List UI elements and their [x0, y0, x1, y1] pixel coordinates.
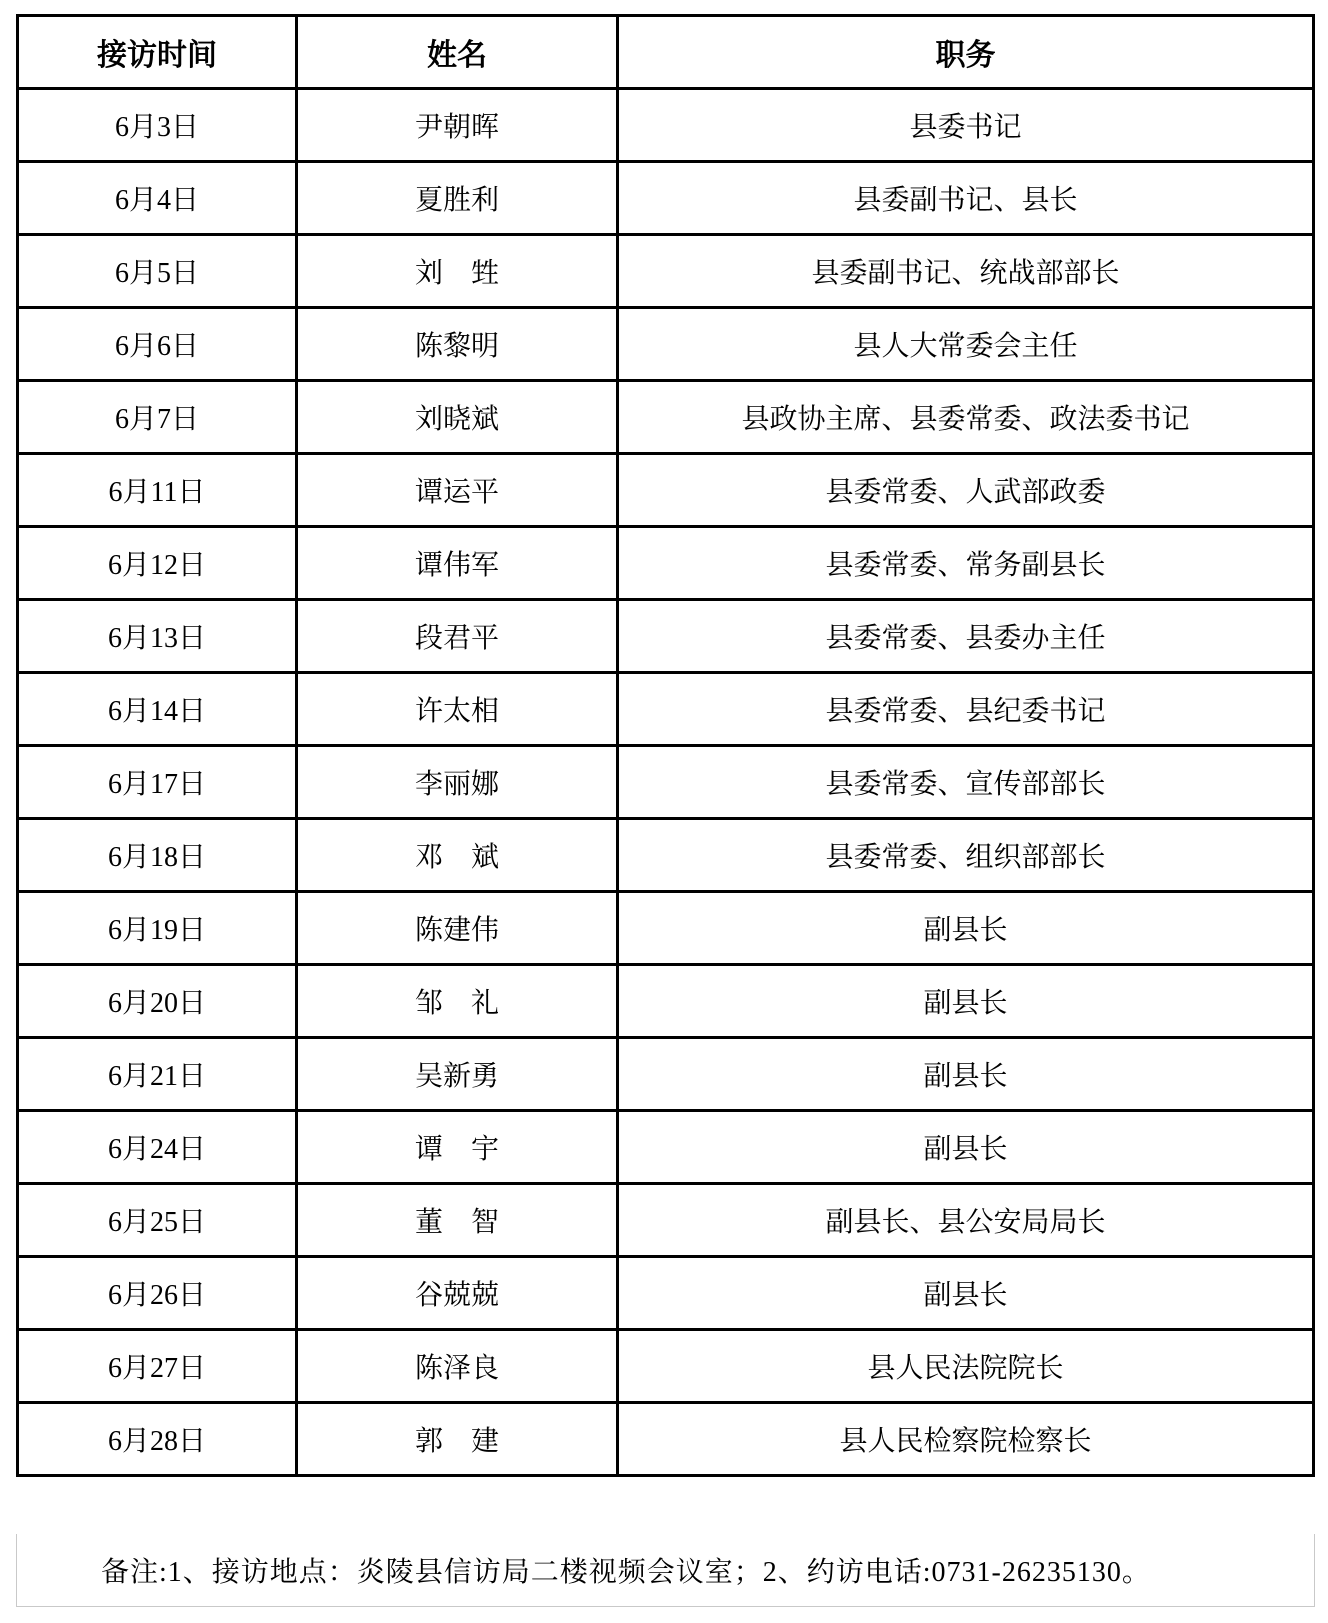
cell-reception-date: 6月18日	[18, 819, 297, 892]
cell-person-name: 郭 建	[297, 1403, 618, 1476]
cell-person-name: 许太相	[297, 673, 618, 746]
cell-person-name: 谭运平	[297, 454, 618, 527]
cell-person-name: 邓 斌	[297, 819, 618, 892]
table-row: 6月19日 陈建伟 副县长	[18, 892, 1314, 965]
table-row: 6月12日 谭伟军 县委常委、常务副县长	[18, 527, 1314, 600]
cell-reception-date: 6月14日	[18, 673, 297, 746]
cell-person-name: 谭 宇	[297, 1111, 618, 1184]
table-row: 6月25日 董 智 副县长、县公安局局长	[18, 1184, 1314, 1257]
table-row: 6月11日 谭运平 县委常委、人武部政委	[18, 454, 1314, 527]
column-header-name: 姓名	[297, 16, 618, 89]
table-row: 6月5日 刘 甡 县委副书记、统战部部长	[18, 235, 1314, 308]
cell-reception-date: 6月27日	[18, 1330, 297, 1403]
cell-position-title: 县政协主席、县委常委、政法委书记	[618, 381, 1314, 454]
table-row: 6月26日 谷兢兢 副县长	[18, 1257, 1314, 1330]
reception-schedule-page: 接访时间 姓名 职务 6月3日 尹朝晖 县委书记 6月4日 夏胜利 县委副书记、…	[0, 0, 1328, 1623]
cell-reception-date: 6月17日	[18, 746, 297, 819]
cell-reception-date: 6月7日	[18, 381, 297, 454]
table-row: 6月13日 段君平 县委常委、县委办主任	[18, 600, 1314, 673]
table-row: 6月3日 尹朝晖 县委书记	[18, 89, 1314, 162]
cell-reception-date: 6月4日	[18, 162, 297, 235]
cell-reception-date: 6月26日	[18, 1257, 297, 1330]
cell-reception-date: 6月3日	[18, 89, 297, 162]
cell-person-name: 陈黎明	[297, 308, 618, 381]
cell-position-title: 县委书记	[618, 89, 1314, 162]
cell-person-name: 陈泽良	[297, 1330, 618, 1403]
cell-position-title: 县委副书记、县长	[618, 162, 1314, 235]
table-row: 6月17日 李丽娜 县委常委、宣传部部长	[18, 746, 1314, 819]
table-row: 6月27日 陈泽良 县人民法院院长	[18, 1330, 1314, 1403]
reception-schedule-table: 接访时间 姓名 职务 6月3日 尹朝晖 县委书记 6月4日 夏胜利 县委副书记、…	[16, 14, 1315, 1477]
cell-person-name: 李丽娜	[297, 746, 618, 819]
cell-position-title: 县委常委、组织部部长	[618, 819, 1314, 892]
cell-reception-date: 6月28日	[18, 1403, 297, 1476]
cell-person-name: 谭伟军	[297, 527, 618, 600]
header-row: 接访时间 姓名 职务	[18, 16, 1314, 89]
cell-position-title: 县委常委、县纪委书记	[618, 673, 1314, 746]
cell-position-title: 县人民检察院检察长	[618, 1403, 1314, 1476]
column-header-reception-time: 接访时间	[18, 16, 297, 89]
cell-person-name: 董 智	[297, 1184, 618, 1257]
cell-reception-date: 6月6日	[18, 308, 297, 381]
cell-position-title: 副县长	[618, 1111, 1314, 1184]
cell-reception-date: 6月20日	[18, 965, 297, 1038]
table-row: 6月6日 陈黎明 县人大常委会主任	[18, 308, 1314, 381]
column-header-position: 职务	[618, 16, 1314, 89]
cell-person-name: 邹 礼	[297, 965, 618, 1038]
cell-person-name: 尹朝晖	[297, 89, 618, 162]
table-row: 6月4日 夏胜利 县委副书记、县长	[18, 162, 1314, 235]
table-row: 6月18日 邓 斌 县委常委、组织部部长	[18, 819, 1314, 892]
table-row: 6月20日 邹 礼 副县长	[18, 965, 1314, 1038]
cell-reception-date: 6月11日	[18, 454, 297, 527]
table-row: 6月21日 吴新勇 副县长	[18, 1038, 1314, 1111]
cell-position-title: 副县长	[618, 965, 1314, 1038]
cell-position-title: 县委副书记、统战部部长	[618, 235, 1314, 308]
cell-position-title: 县委常委、人武部政委	[618, 454, 1314, 527]
cell-position-title: 县委常委、县委办主任	[618, 600, 1314, 673]
cell-position-title: 县委常委、宣传部部长	[618, 746, 1314, 819]
cell-reception-date: 6月5日	[18, 235, 297, 308]
cell-person-name: 谷兢兢	[297, 1257, 618, 1330]
cell-position-title: 副县长	[618, 1257, 1314, 1330]
cell-position-title: 副县长	[618, 892, 1314, 965]
cell-position-title: 县人大常委会主任	[618, 308, 1314, 381]
cell-person-name: 刘 甡	[297, 235, 618, 308]
footer-note: 备注:1、接访地点：炎陵县信访局二楼视频会议室；2、约访电话:0731-2623…	[16, 1534, 1315, 1607]
cell-reception-date: 6月12日	[18, 527, 297, 600]
cell-reception-date: 6月21日	[18, 1038, 297, 1111]
cell-position-title: 副县长	[618, 1038, 1314, 1111]
table-row: 6月7日 刘晓斌 县政协主席、县委常委、政法委书记	[18, 381, 1314, 454]
cell-position-title: 县委常委、常务副县长	[618, 527, 1314, 600]
table-row: 6月24日 谭 宇 副县长	[18, 1111, 1314, 1184]
cell-person-name: 刘晓斌	[297, 381, 618, 454]
cell-person-name: 段君平	[297, 600, 618, 673]
cell-reception-date: 6月24日	[18, 1111, 297, 1184]
table-row: 6月28日 郭 建 县人民检察院检察长	[18, 1403, 1314, 1476]
cell-position-title: 县人民法院院长	[618, 1330, 1314, 1403]
cell-reception-date: 6月19日	[18, 892, 297, 965]
cell-person-name: 吴新勇	[297, 1038, 618, 1111]
cell-person-name: 夏胜利	[297, 162, 618, 235]
cell-position-title: 副县长、县公安局局长	[618, 1184, 1314, 1257]
cell-person-name: 陈建伟	[297, 892, 618, 965]
cell-reception-date: 6月13日	[18, 600, 297, 673]
table-row: 6月14日 许太相 县委常委、县纪委书记	[18, 673, 1314, 746]
cell-reception-date: 6月25日	[18, 1184, 297, 1257]
